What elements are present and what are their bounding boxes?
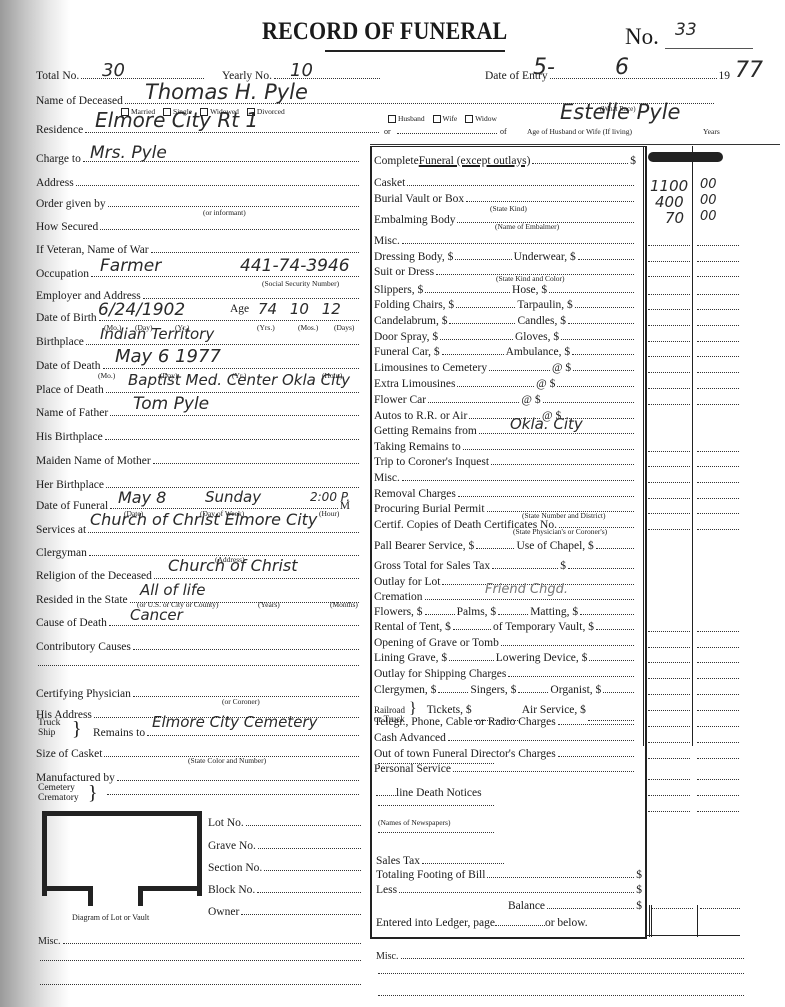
amount-cell[interactable] [697, 372, 739, 373]
charge-to-field[interactable]: Charge to [36, 153, 361, 165]
amount-cell[interactable] [697, 466, 739, 467]
charge-line[interactable]: Dressing Body, $Underwear, $ [374, 251, 636, 263]
lot-diagram[interactable] [42, 811, 202, 896]
misc-left-line-3[interactable] [38, 984, 363, 988]
amount-cell[interactable] [648, 678, 690, 679]
complete-funeral-line[interactable]: Complete Funeral (except outlays)$ [374, 155, 636, 167]
charge-line[interactable]: Out of town Funeral Director's Charges [374, 748, 636, 760]
spouse-or: or [384, 127, 391, 136]
remains-to-value[interactable]: Elmore City Cemetery [152, 713, 317, 731]
order-given-by-field[interactable]: Order given by [36, 198, 361, 210]
charge-line[interactable]: Folding Chairs, $Tarpaulin, $ [374, 299, 636, 311]
balance-amount-cell[interactable] [652, 908, 693, 909]
amount-cell[interactable] [697, 482, 739, 483]
embalming-dollars[interactable]: 70 [665, 209, 684, 227]
amount-cell[interactable] [697, 662, 739, 663]
amount-cell[interactable] [648, 758, 690, 759]
sales-tax-field[interactable]: Sales Tax [376, 855, 506, 867]
widow-checkbox[interactable] [465, 115, 473, 123]
father-birthplace-field[interactable]: His Birthplace [36, 431, 361, 443]
charge-line[interactable]: Casket [374, 177, 636, 189]
embalming-cents[interactable]: 00 [700, 209, 717, 224]
charge-to-value[interactable]: Mrs. Pyle [90, 143, 167, 163]
amount-cell[interactable] [648, 742, 690, 743]
contributory-causes-line-2[interactable] [36, 665, 361, 669]
amount-cell[interactable] [648, 662, 690, 663]
charge-line[interactable]: Misc. [374, 235, 636, 247]
grave-no-field[interactable]: Grave No. [208, 840, 363, 852]
charge-line[interactable]: Rental of Tent, $of Temporary Vault, $ [374, 621, 636, 633]
cause-of-death-value[interactable]: Cancer [130, 606, 183, 624]
section-no-field[interactable]: Section No. [208, 862, 363, 874]
amount-cell[interactable] [697, 710, 739, 711]
misc-right-line-3[interactable] [376, 995, 746, 999]
balance-amount-cell[interactable] [700, 908, 740, 909]
date-of-entry-year[interactable]: 77 [735, 58, 763, 83]
amount-cell[interactable] [648, 498, 690, 499]
religion-value[interactable]: Church of Christ [168, 556, 298, 575]
amount-cell[interactable] [697, 341, 739, 342]
amount-cell[interactable] [697, 325, 739, 326]
resided-in-state-value[interactable]: All of life [140, 581, 205, 599]
scribbled-out-amount [648, 152, 723, 162]
amount-cell[interactable] [648, 356, 690, 357]
vault-cents[interactable]: 00 [700, 193, 717, 208]
amount-cell[interactable] [648, 513, 690, 514]
charge-line[interactable]: Flowers, $Palms, $Matting, $ [374, 606, 636, 618]
amount-cell[interactable] [648, 404, 690, 405]
funeral-date-value[interactable]: May 8 [118, 488, 166, 507]
totaling-footing-field[interactable]: Totaling Footing of Bill$ [376, 869, 642, 881]
services-at-value[interactable]: Church of Christ Elmore City [90, 510, 317, 529]
amount-cell[interactable] [697, 631, 739, 632]
name-of-deceased-value[interactable]: Thomas H. Pyle [145, 80, 308, 104]
amount-cell[interactable] [648, 694, 690, 695]
amount-cell[interactable] [697, 498, 739, 499]
charge-line[interactable]: Telegr., Phone, Cable or Radio Charges [374, 716, 636, 728]
amount-cell[interactable] [648, 710, 690, 711]
amount-cell[interactable] [648, 482, 690, 483]
charge-line[interactable]: Clergymen, $Singers, $Organist, $ [374, 684, 636, 696]
less-field[interactable]: Less$ [376, 884, 642, 896]
amount-cell[interactable] [648, 631, 690, 632]
record-number-line [665, 48, 753, 49]
manufactured-by-field[interactable]: Manufactured by [36, 772, 361, 784]
title-underline [325, 50, 505, 52]
date-of-entry-day[interactable]: 6 [615, 55, 629, 80]
balance-field[interactable]: Balance$ [508, 900, 642, 912]
amount-cell[interactable] [697, 261, 739, 262]
death-notices-field[interactable]: line Death Notices [376, 787, 496, 799]
amount-cell[interactable] [697, 404, 739, 405]
date-of-entry-field[interactable]: Date of Entry19 [485, 70, 730, 82]
cause-of-death-field[interactable]: Cause of Death [36, 617, 361, 629]
charge-line[interactable]: Candelabrum, $Candles, $ [374, 315, 636, 327]
charge-line[interactable]: Autos to R.R. or Air@ $ [374, 410, 636, 422]
ssn-value[interactable]: 441-74-3946 [240, 256, 350, 276]
amount-cell[interactable] [648, 529, 690, 530]
misc-left-line-2[interactable] [38, 960, 363, 964]
amount-cell[interactable] [648, 261, 690, 262]
amount-cell[interactable] [648, 372, 690, 373]
amount-cell[interactable] [697, 678, 739, 679]
father-name-value[interactable]: Tom Pyle [133, 394, 209, 414]
amount-cell[interactable] [697, 356, 739, 357]
charge-line[interactable]: Extra Limousines@ $ [374, 378, 636, 390]
amount-cell[interactable] [697, 513, 739, 514]
spouse-age-label: Age of Husband or Wife (If living) [527, 127, 632, 136]
charge-line[interactable]: Taking Remains to [374, 441, 636, 453]
page-title: RECORD OF FUNERAL [262, 18, 507, 46]
birthplace-value[interactable]: Indian Territory [100, 325, 214, 343]
cemetery-field[interactable] [105, 794, 361, 798]
charge-line[interactable]: Flower Car@ $ [374, 394, 636, 406]
mother-maiden-name-field[interactable]: Maiden Name of Mother [36, 455, 361, 467]
charge-line[interactable]: Pall Bearer Service, $Use of Chapel, $ [374, 540, 636, 552]
amount-cell[interactable] [697, 726, 739, 727]
charge-line[interactable]: Opening of Grave or Tomb [374, 637, 636, 649]
charge-line[interactable]: Lining Grave, $Lowering Device, $ [374, 652, 636, 664]
amount-cell[interactable] [697, 309, 739, 310]
charge-line[interactable]: Cash Advanced [374, 732, 636, 744]
charge-line[interactable]: Outlay for Shipping Charges [374, 668, 636, 680]
amount-cell[interactable] [648, 245, 690, 246]
husband-checkbox[interactable] [388, 115, 396, 123]
misc-right-field[interactable]: Misc. [376, 951, 746, 962]
total-no-value[interactable]: 30 [102, 60, 125, 81]
date-of-birth-value[interactable]: 6/24/1902 [98, 300, 185, 320]
amount-cell[interactable] [697, 758, 739, 759]
amount-cell[interactable] [697, 276, 739, 277]
place-of-death-value[interactable]: Baptist Med. Center Okla City [128, 371, 350, 389]
amount-cell[interactable] [697, 245, 739, 246]
veteran-war-field[interactable]: If Veteran, Name of War [36, 244, 361, 256]
charge-line[interactable]: Trip to Coroner's Inquest [374, 456, 636, 468]
cremation-value[interactable]: Friend Chgd. [485, 582, 568, 597]
ledger-page-field[interactable]: Entered into Ledger, pageor below. [376, 917, 616, 929]
charge-line[interactable]: Removal Charges [374, 488, 636, 500]
amount-cell[interactable] [648, 647, 690, 648]
block-no-field[interactable]: Block No. [208, 884, 363, 896]
charge-line[interactable]: Limousines to Cemetery@ $ [374, 362, 636, 374]
charge-line[interactable]: Door Spray, $Gloves, $ [374, 331, 636, 343]
amount-cell[interactable] [648, 294, 690, 295]
owner-field[interactable]: Owner [208, 906, 363, 918]
amount-cell[interactable] [648, 388, 690, 389]
contributory-causes-field[interactable]: Contributory Causes [36, 641, 361, 653]
amount-cell[interactable] [648, 726, 690, 727]
how-secured-field[interactable]: How Secured [36, 221, 361, 233]
amount-cell[interactable] [648, 466, 690, 467]
address-field[interactable]: Address [36, 177, 361, 189]
casket-cents[interactable]: 00 [700, 177, 717, 192]
amount-cell[interactable] [697, 647, 739, 648]
amount-cell[interactable] [697, 529, 739, 530]
amount-cell[interactable] [648, 341, 690, 342]
date-of-entry-month[interactable]: 5- [533, 55, 555, 80]
charge-line[interactable]: Slippers, $Hose, $ [374, 284, 636, 296]
wife-checkbox[interactable] [433, 115, 441, 123]
amount-cell[interactable] [648, 451, 690, 452]
getting-remains-from-value[interactable]: Okla. City [510, 415, 583, 433]
charge-line[interactable]: Gross Total for Sales Tax$ [374, 560, 636, 572]
spouse-value[interactable]: Estelle Pyle [560, 100, 680, 124]
spouse-options: Husband Wife Widow [382, 114, 497, 123]
charge-line[interactable]: Funeral Car, $Ambulance, $ [374, 346, 636, 358]
yearly-no-value[interactable]: 10 [290, 60, 313, 81]
amount-cell[interactable] [697, 388, 739, 389]
amount-cell[interactable] [648, 276, 690, 277]
residence-value[interactable]: Elmore City Rt 1 [95, 108, 258, 132]
funeral-hour-value[interactable]: 2:00 P. [310, 490, 350, 504]
misc-left-field[interactable]: Misc. [38, 936, 363, 947]
amount-cell[interactable] [648, 309, 690, 310]
amount-cell[interactable] [697, 742, 739, 743]
amount-cell[interactable] [648, 325, 690, 326]
certifying-physician-field[interactable]: Certifying Physician [36, 688, 361, 700]
amount-cell[interactable] [697, 694, 739, 695]
date-of-death-value[interactable]: May 6 1977 [115, 346, 221, 367]
record-number-label: No. [625, 24, 659, 50]
lot-no-field[interactable]: Lot No. [208, 817, 363, 829]
funeral-day-value[interactable]: Sunday [205, 488, 261, 506]
amount-cell[interactable] [697, 451, 739, 452]
diagram-caption: Diagram of Lot or Vault [72, 913, 149, 922]
amount-cell[interactable] [697, 294, 739, 295]
charge-line[interactable]: Misc. [374, 472, 636, 484]
age-value[interactable]: 74 10 12 [258, 300, 341, 318]
record-number-value[interactable]: 33 [675, 20, 697, 40]
charge-line[interactable]: Getting Remains from [374, 425, 636, 437]
misc-right-line-2[interactable] [376, 973, 746, 977]
occupation-value[interactable]: Farmer [100, 256, 161, 276]
